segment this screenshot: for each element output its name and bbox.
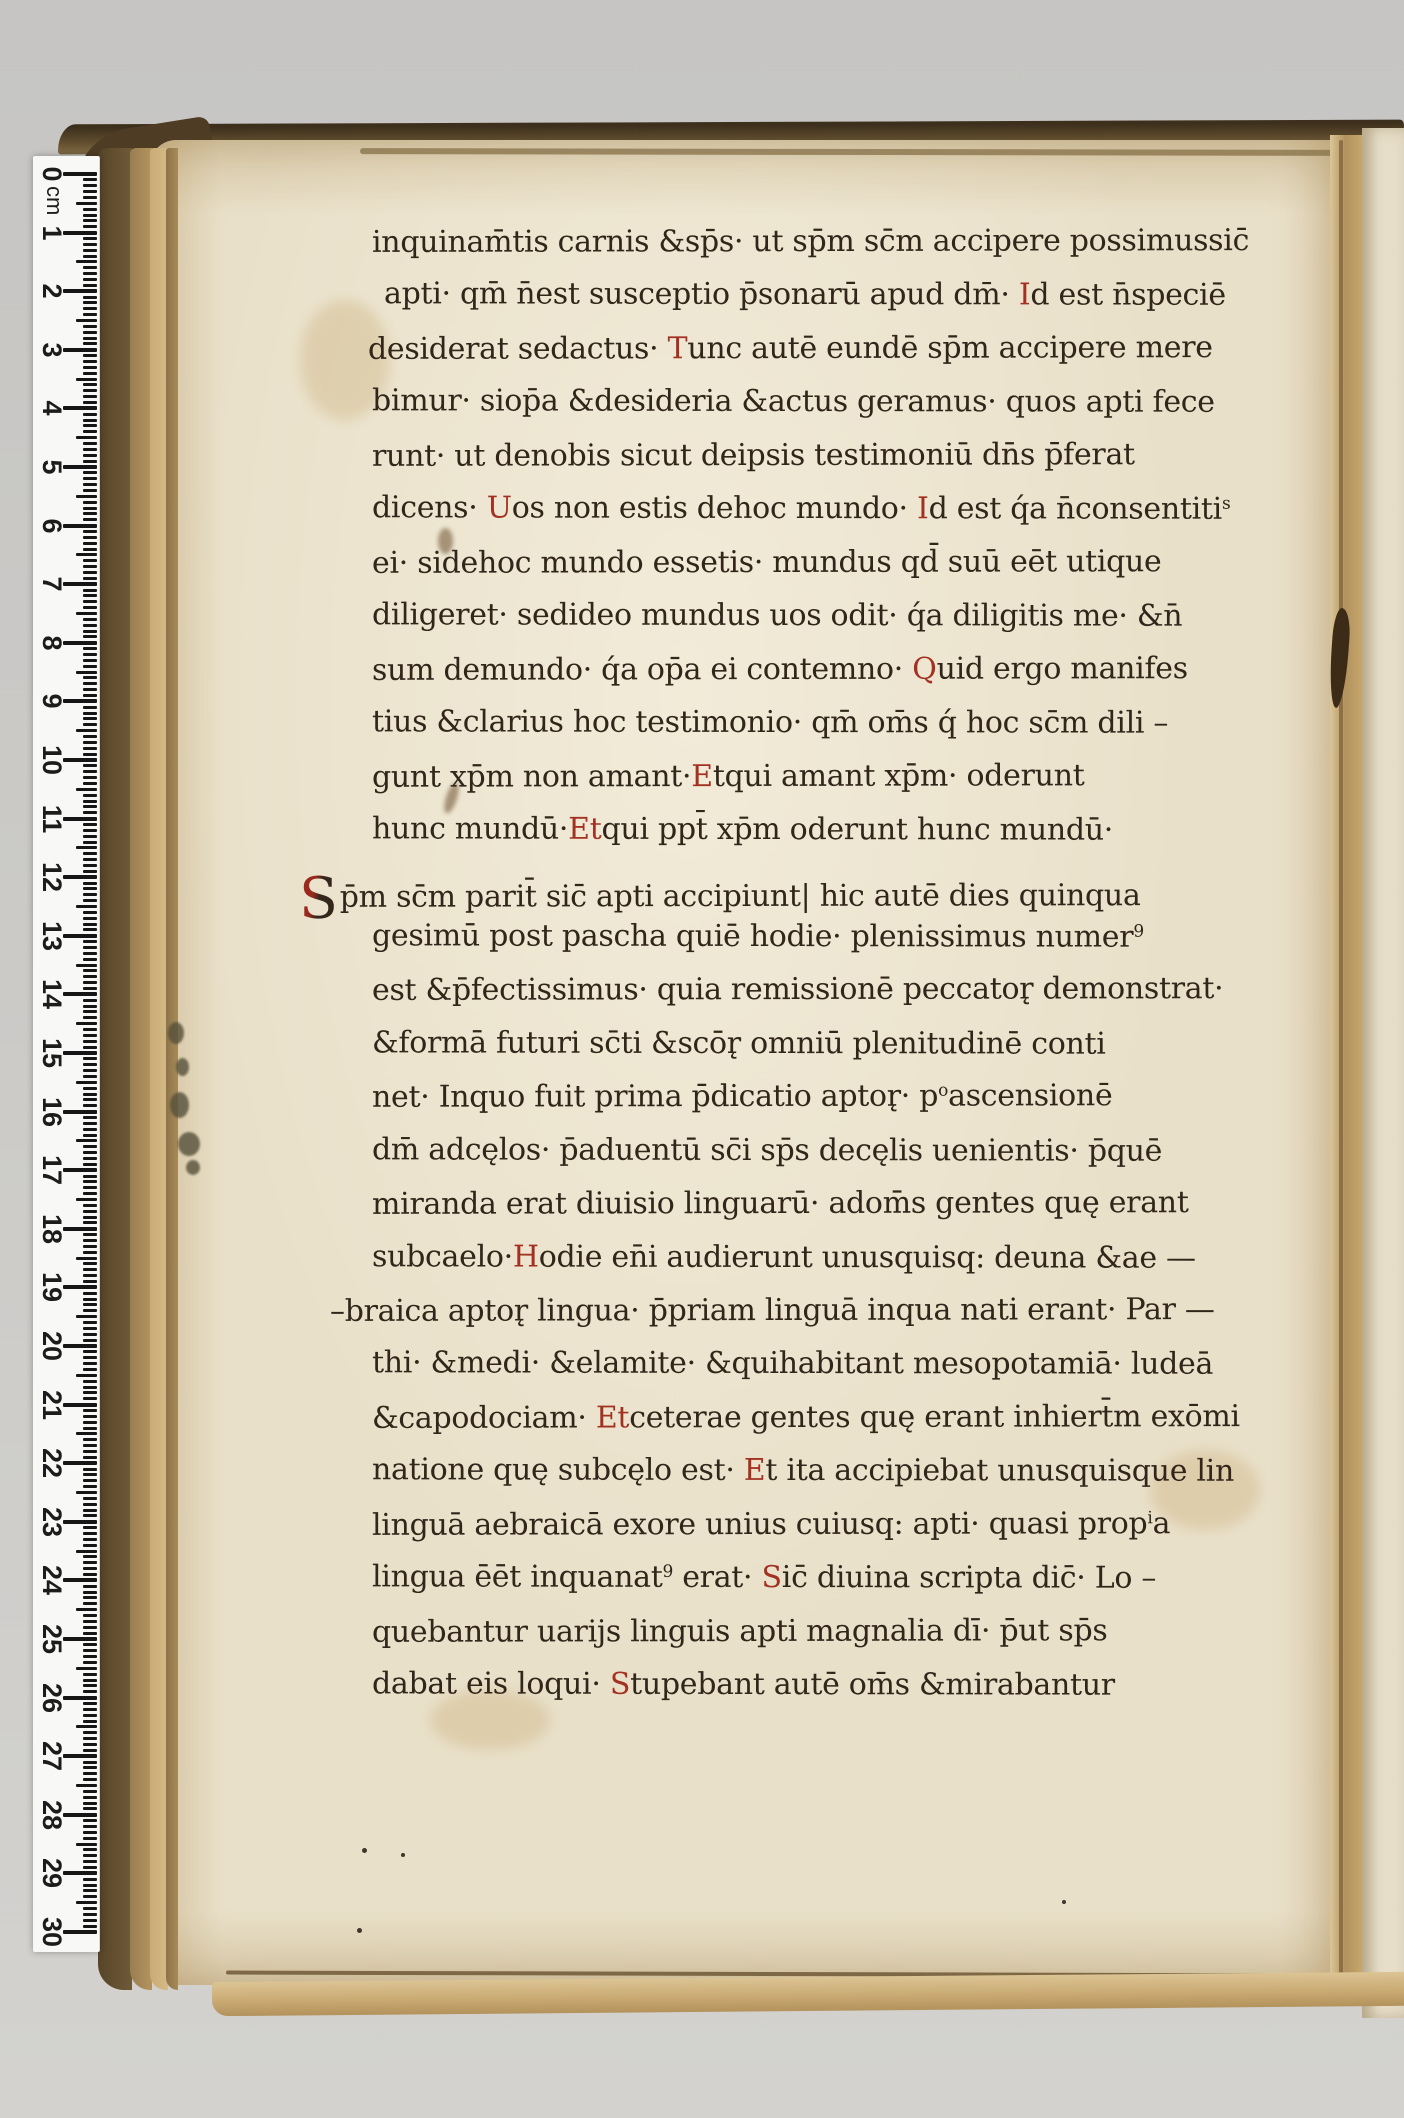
ruler-mm-tick <box>83 1221 97 1224</box>
ruler-mm-tick <box>83 870 97 873</box>
ruler-mm-tick <box>83 1063 97 1066</box>
ruler-mm-tick <box>83 1731 97 1734</box>
ruler-mm-tick <box>83 577 97 580</box>
ruler-mm-tick <box>83 911 97 914</box>
ruler-number: 22 <box>37 1448 67 1478</box>
ruler-cm-tick <box>63 1637 97 1641</box>
rubric-letter: Et <box>596 1400 629 1435</box>
ruler-mm-tick <box>83 483 97 486</box>
ruler-number: 28 <box>37 1800 67 1830</box>
manuscript-line: bimur· siop̄a &desideria &actus geramus·… <box>372 384 1215 439</box>
line-text: uid ergo manifes <box>937 651 1188 687</box>
ruler-mm-tick <box>83 864 97 867</box>
ruler-mm-tick <box>83 899 97 902</box>
ruler-mm-tick <box>83 424 97 427</box>
ruler-number: 5 <box>37 452 67 482</box>
ruler-number: 20 <box>37 1331 67 1361</box>
ruler-mm-tick <box>76 1667 97 1670</box>
ruler-mm-tick <box>83 1503 97 1506</box>
ruler-mm-tick <box>83 1034 97 1037</box>
ruler-cm-tick <box>63 465 97 469</box>
line-text: est &p̄fectissimus· quia remissionē pecc… <box>372 971 1223 1008</box>
line-text: tius &clarius hoc testimonio· qm̄ om̄s q… <box>372 704 1168 740</box>
ruler-mm-tick <box>83 1116 97 1119</box>
ruler-mm-tick <box>83 917 97 920</box>
ruler-mm-tick <box>83 841 97 844</box>
ruler-mm-tick <box>83 1661 97 1664</box>
ruler-cm-tick <box>63 1285 97 1289</box>
superscript-abbreviation: 9 <box>1133 921 1144 941</box>
ruler-mm-tick <box>83 1866 97 1869</box>
ruler-mm-tick <box>83 1532 97 1535</box>
ruler-mm-tick <box>83 1889 97 1892</box>
ruler-mm-tick <box>83 975 97 978</box>
ruler-mm-tick <box>83 401 97 404</box>
ruler-mm-tick <box>76 1725 97 1728</box>
ruler-mm-tick <box>83 1643 97 1646</box>
ruler-mm-tick <box>83 360 97 363</box>
ruler-mm-tick <box>83 325 97 328</box>
ruler-mm-tick <box>83 1825 97 1828</box>
manuscript-line: natione quę subcęlo est· Et ita accipieb… <box>372 1453 1234 1509</box>
ruler-number: 2 <box>37 276 67 306</box>
ruler-mm-tick <box>83 1415 97 1418</box>
manuscript-line: hunc mundū·Etqui ppt̄ xp̄m oderunt hunc … <box>372 811 1113 866</box>
ruler-mm-tick <box>83 723 97 726</box>
manuscript-line: miranda erat diuisio linguarū· adom̄s ge… <box>372 1185 1189 1241</box>
ruler-mm-tick <box>83 735 97 738</box>
ruler-mm-tick <box>83 266 97 269</box>
ruler-mm-tick <box>83 1895 97 1898</box>
ruler-mm-tick <box>83 1010 97 1013</box>
ruler-mm-tick <box>83 770 97 773</box>
ruler-mm-tick <box>76 846 97 849</box>
ruler-mm-tick <box>83 354 97 357</box>
ruler-mm-tick <box>76 319 97 322</box>
mold-stain <box>176 1058 189 1076</box>
ruler-cm-tick <box>63 699 97 703</box>
ruler-mm-tick <box>83 1251 97 1254</box>
ruler-number: 30 <box>37 1917 67 1947</box>
ruler-mm-tick <box>83 243 97 246</box>
ruler-number: 11 <box>37 804 67 834</box>
ruler-mm-tick <box>76 729 97 732</box>
ruler-mm-tick <box>83 1884 97 1887</box>
ruler-mm-tick <box>83 893 97 896</box>
ruler-mm-tick <box>83 1321 97 1324</box>
line-text: tqui amant xp̄m· oderunt <box>713 758 1085 794</box>
ruler-mm-tick <box>83 1450 97 1453</box>
rubric-letter: S <box>610 1667 630 1702</box>
ruler-mm-tick <box>76 1608 97 1611</box>
superscript-abbreviation: 9 <box>662 1562 673 1582</box>
ruler-mm-tick <box>83 1796 97 1799</box>
line-text: erat· <box>673 1560 762 1595</box>
line-text: unc autē eundē sp̄m accipere mere <box>687 330 1212 366</box>
line-text: ceterae gentes quę erant inhiert̄m exōmi <box>629 1399 1240 1435</box>
line-text: bimur· siop̄a &desideria &actus geramus·… <box>372 384 1215 420</box>
ruler-mm-tick <box>76 436 97 439</box>
ruler-number: 12 <box>37 862 67 892</box>
mold-stain <box>170 1092 189 1118</box>
ruler-mm-tick <box>83 1544 97 1547</box>
ruler-mm-tick <box>83 1268 97 1271</box>
ruler-number: 4 <box>37 393 67 423</box>
ruler-mm-tick <box>83 1514 97 1517</box>
ruler-cm-tick <box>63 1461 97 1465</box>
manuscript-line: est &p̄fectissimus· quia remissionē pecc… <box>372 971 1223 1027</box>
ruler-mm-tick <box>83 190 97 193</box>
ruler-mm-tick <box>83 1714 97 1717</box>
line-text: tupebant autē om̄s &mirabantur <box>630 1667 1115 1703</box>
manuscript-line: tius &clarius hoc testimonio· qm̄ om̄s q… <box>372 704 1168 759</box>
ruler-mm-tick <box>83 366 97 369</box>
manuscript-line: gesimū post pascha quiē hodie· plenissim… <box>372 918 1144 973</box>
ruler-mm-tick <box>83 999 97 1002</box>
superscript-abbreviation: o <box>938 1081 948 1101</box>
ruler-mm-tick <box>83 630 97 633</box>
ruler-mm-tick <box>83 1093 97 1096</box>
ruler-cm-tick <box>63 289 97 293</box>
ruler-mm-tick <box>83 1057 97 1060</box>
ruler-mm-tick <box>83 1186 97 1189</box>
ruler-mm-tick <box>83 712 97 715</box>
ruler-mm-tick <box>83 1679 97 1682</box>
ruler-mm-tick <box>83 337 97 340</box>
ruler-mm-tick <box>83 1673 97 1676</box>
manuscript-line: apti· qm̄ n̄est susceptio p̄sonarū apud … <box>384 277 1226 332</box>
ruler-mm-tick <box>83 1292 97 1295</box>
ruler-mm-tick <box>83 1907 97 1910</box>
ruler-cm-tick <box>63 1344 97 1348</box>
ruler-mm-tick <box>76 1315 97 1318</box>
gutter-seam-line <box>1339 140 1343 1995</box>
ruler-mm-tick <box>76 1198 97 1201</box>
line-text: os non estis dehoc mundo· <box>512 491 917 527</box>
ruler-mm-tick <box>83 694 97 697</box>
ruler-mm-tick <box>83 981 97 984</box>
ruler-cm-tick <box>63 172 97 176</box>
ruler-mm-tick <box>83 923 97 926</box>
ruler-mm-tick <box>83 372 97 375</box>
ruler-mm-tick <box>83 594 97 597</box>
ruler-cm-tick <box>63 348 97 352</box>
line-text: p̄m sc̄m parit̄ sic̄ apti accipiunt| hic… <box>340 879 1141 916</box>
ruler-mm-tick <box>83 208 97 211</box>
cm-ruler: cm 0123456789101112131415161718192021222… <box>33 156 100 1952</box>
ruler-mm-tick <box>83 413 97 416</box>
manuscript-line: net· Inquo fuit prima p̄dicatio aptor̨· … <box>372 1078 1113 1134</box>
ruler-mm-tick <box>83 624 97 627</box>
ruler-mm-tick <box>83 184 97 187</box>
line-text: net· Inquo fuit prima p̄dicatio aptor̨· … <box>372 1079 938 1115</box>
ruler-mm-tick <box>83 571 97 574</box>
ruler-mm-tick <box>83 600 97 603</box>
line-text: ascensionē <box>948 1078 1112 1113</box>
ruler-cm-tick <box>63 817 97 821</box>
ink-fleck <box>401 1853 405 1857</box>
ruler-number: 25 <box>37 1624 67 1654</box>
ruler-mm-tick <box>83 1069 97 1072</box>
line-text: desiderat sedactus· <box>368 331 668 367</box>
ruler-mm-tick <box>83 1380 97 1383</box>
ruler-mm-tick <box>83 1151 97 1154</box>
ruler-mm-tick <box>83 1386 97 1389</box>
ruler-mm-tick <box>83 1567 97 1570</box>
ruler-mm-tick <box>83 249 97 252</box>
ruler-mm-tick <box>83 1262 97 1265</box>
ruler-mm-tick <box>83 1655 97 1658</box>
line-text: d est n̄speciē <box>1030 278 1225 313</box>
ruler-mm-tick <box>83 1620 97 1623</box>
ruler-mm-tick <box>83 1397 97 1400</box>
rubric-letter: S <box>762 1560 782 1595</box>
ruler-mm-tick <box>83 1854 97 1857</box>
ruler-mm-tick <box>83 1128 97 1131</box>
line-text: lingua ēēt inquanat <box>372 1560 663 1596</box>
ruler-mm-tick <box>83 682 97 685</box>
ruler-mm-tick <box>76 1843 97 1846</box>
ruler-mm-tick <box>83 196 97 199</box>
ruler-mm-tick <box>83 1350 97 1353</box>
ruler-mm-tick <box>83 1180 97 1183</box>
ruler-mm-tick <box>83 383 97 386</box>
ruler-mm-tick <box>83 1684 97 1687</box>
ruler-mm-tick <box>83 887 97 890</box>
ruler-mm-tick <box>83 1772 97 1775</box>
ruler-mm-tick <box>83 1444 97 1447</box>
rubric-letter: Et <box>568 812 601 847</box>
ruler-mm-tick <box>83 823 97 826</box>
ruler-mm-tick <box>83 741 97 744</box>
ruler-mm-tick <box>83 1280 97 1283</box>
ruler-mm-tick <box>83 1327 97 1330</box>
ruler-mm-tick <box>83 1761 97 1764</box>
ruler-cm-tick <box>63 992 97 996</box>
manuscript-line: –braica aptor̨ lingua· p̄priam linguā in… <box>330 1292 1215 1348</box>
line-text: diligeret· sedideo mundus uos odit· q́a … <box>372 597 1182 633</box>
ruler-mm-tick <box>83 676 97 679</box>
ruler-mm-tick <box>83 219 97 222</box>
ruler-mm-tick <box>83 1596 97 1599</box>
line-text: dabat eis loqui· <box>372 1666 610 1701</box>
line-text: quebantur uarijs linguis apti magnalia d… <box>372 1613 1108 1650</box>
ruler-cm-tick <box>63 582 97 586</box>
ruler-cm-tick <box>63 1051 97 1055</box>
manuscript-line: diligeret· sedideo mundus uos odit· q́a … <box>372 597 1182 652</box>
ruler-mm-tick <box>83 1192 97 1195</box>
ruler-mm-tick <box>83 419 97 422</box>
ruler-mm-tick <box>83 647 97 650</box>
ruler-mm-tick <box>83 665 97 668</box>
ruler-number: 6 <box>37 511 67 541</box>
ruler-number: 27 <box>37 1741 67 1771</box>
ruler-mm-tick <box>83 1028 97 1031</box>
ruler-mm-tick <box>83 1145 97 1148</box>
ruler-mm-tick <box>83 1046 97 1049</box>
ruler-number: 23 <box>37 1507 67 1537</box>
line-text: apti· qm̄ n̄est susceptio p̄sonarū apud … <box>384 277 1019 313</box>
ruler-mm-tick <box>83 952 97 955</box>
page-stack-edge-1 <box>130 148 152 1990</box>
mold-stain <box>186 1160 200 1175</box>
ruler-mm-tick <box>83 1005 97 1008</box>
ink-fleck <box>1062 1900 1066 1904</box>
ruler-mm-tick <box>83 1468 97 1471</box>
ruler-mm-tick <box>83 1860 97 1863</box>
ruler-mm-tick <box>83 1602 97 1605</box>
manuscript-line: linguā aebraicā exore unius cuiusq: apti… <box>372 1506 1170 1562</box>
ruler-number: 3 <box>37 335 67 365</box>
ruler-mm-tick <box>83 946 97 949</box>
manuscript-line: subcaelo·Hodie en̄i audierunt unusquisq:… <box>372 1239 1196 1294</box>
ruler-mm-tick <box>83 1204 97 1207</box>
ruler-mm-tick <box>83 1737 97 1740</box>
ink-fleck <box>357 1928 362 1933</box>
manuscript-line: sum demundo· q́a op̄a ei contemno· Quid … <box>372 651 1188 707</box>
ruler-mm-tick <box>83 753 97 756</box>
ruler-mm-tick <box>83 1919 97 1922</box>
ruler-mm-tick <box>83 940 97 943</box>
ruler-mm-tick <box>83 1573 97 1576</box>
ruler-mm-tick <box>83 805 97 808</box>
ruler-mm-tick <box>83 255 97 258</box>
ruler-mm-tick <box>83 1485 97 1488</box>
rubric-letter: I <box>917 491 929 526</box>
line-text: runt· ut denobis sicut deipsis testimoni… <box>372 437 1135 474</box>
ruler-mm-tick <box>83 214 97 217</box>
ruler-mm-tick <box>83 1561 97 1564</box>
ruler-mm-tick <box>76 202 97 205</box>
ruler-cm-tick <box>63 1168 97 1172</box>
ruler-cm-tick <box>63 1578 97 1582</box>
ruler-mm-tick <box>83 858 97 861</box>
ruler-mm-tick <box>76 964 97 967</box>
ruler-mm-tick <box>83 1368 97 1371</box>
ruler-mm-tick <box>76 612 97 615</box>
ruler-mm-tick <box>76 1550 97 1553</box>
ruler-cm-tick <box>63 1871 97 1875</box>
ruler-mm-tick <box>83 618 97 621</box>
line-text: t ita accipiebat unusquisque lin <box>765 1453 1234 1489</box>
ruler-mm-tick <box>83 1362 97 1365</box>
ruler-mm-tick <box>83 1585 97 1588</box>
ruler-number: 13 <box>37 921 67 951</box>
ruler-mm-tick <box>83 442 97 445</box>
ruler-mm-tick <box>83 1239 97 1242</box>
ruler-cm-tick <box>63 1227 97 1231</box>
ruler-mm-tick <box>83 1555 97 1558</box>
ruler-mm-tick <box>83 477 97 480</box>
ruler-mm-tick <box>83 1702 97 1705</box>
ruler-mm-tick <box>83 1163 97 1166</box>
ruler-number: 7 <box>37 569 67 599</box>
manuscript-line: dicens· Uos non estis dehoc mundo· Id es… <box>372 491 1230 546</box>
rubric-letter: U <box>487 491 512 526</box>
ruler-cm-tick <box>63 758 97 762</box>
line-text: thi· &medi· &elamite· &quihabitant mesop… <box>372 1346 1213 1382</box>
ruler-mm-tick <box>83 1819 97 1822</box>
ruler-mm-tick <box>83 800 97 803</box>
line-text: subcaelo· <box>372 1239 513 1274</box>
ruler-mm-tick <box>83 1526 97 1529</box>
ruler-mm-tick <box>76 1491 97 1494</box>
ruler-number: 16 <box>37 1097 67 1127</box>
ruler-number: 15 <box>37 1038 67 1068</box>
line-text: ei· sidehoc mundo essetis· mundus qd̄ su… <box>372 544 1162 581</box>
line-text: &capodociam· <box>372 1400 596 1435</box>
ruler-mm-tick <box>83 1087 97 1090</box>
manuscript-line: lingua ēēt inquanat9 erat· Sic̄ diuina s… <box>372 1560 1156 1615</box>
ruler-mm-tick <box>76 671 97 674</box>
ruler-mm-tick <box>76 1784 97 1787</box>
manuscript-line: dabat eis loqui· Stupebant autē om̄s &mi… <box>372 1666 1115 1721</box>
ruler-number: 1 <box>37 218 67 248</box>
line-text: a <box>1153 1506 1171 1541</box>
ruler-mm-tick <box>83 1438 97 1441</box>
facing-page-sliver <box>1362 128 1404 2018</box>
ruler-mm-tick <box>83 747 97 750</box>
line-text: inquinam̄tis carnis &sp̄s· ut sp̄m sc̄m … <box>372 223 1249 260</box>
ruler-mm-tick <box>83 1591 97 1594</box>
line-text: gesimū post pascha quiē hodie· plenissim… <box>372 918 1133 954</box>
ruler-mm-tick <box>76 1374 97 1377</box>
manuscript-line: Sp̄m sc̄m parit̄ sic̄ apti accipiunt| hi… <box>299 865 1141 921</box>
ruler-mm-tick <box>83 331 97 334</box>
ruler-mm-tick <box>83 489 97 492</box>
ruler-mm-tick <box>83 653 97 656</box>
ruler-mm-tick <box>76 1432 97 1435</box>
ruler-number: 29 <box>37 1858 67 1888</box>
ruler-mm-tick <box>83 1216 97 1219</box>
manuscript-line: ei· sidehoc mundo essetis· mundus qd̄ su… <box>372 544 1162 600</box>
ruler-mm-tick <box>83 565 97 568</box>
ruler-number: 9 <box>37 686 67 716</box>
line-text: gunt xp̄m non amant· <box>372 759 691 795</box>
ruler-mm-tick <box>83 1333 97 1336</box>
ruler-mm-tick <box>83 1848 97 1851</box>
ruler-mm-tick <box>83 536 97 539</box>
ruler-number: 24 <box>37 1565 67 1595</box>
ruler-cm-tick <box>63 1813 97 1817</box>
ruler-mm-tick <box>83 1831 97 1834</box>
ruler-mm-tick <box>83 1303 97 1306</box>
ruler-mm-tick <box>83 1134 97 1137</box>
ruler-mm-tick <box>83 717 97 720</box>
ruler-mm-tick <box>83 307 97 310</box>
ruler-mm-tick <box>83 301 97 304</box>
ruler-number: 10 <box>37 745 67 775</box>
ruler-mm-tick <box>83 706 97 709</box>
ruler-mm-tick <box>76 1257 97 1260</box>
ruler-mm-tick <box>76 495 97 498</box>
ruler-mm-tick <box>83 882 97 885</box>
ruler-mm-tick <box>83 1421 97 1424</box>
manuscript-line: desiderat sedactus· Tunc autē eundē sp̄m… <box>368 330 1213 386</box>
ruler-mm-tick <box>83 454 97 457</box>
ruler-mm-tick <box>83 1708 97 1711</box>
ruler-mm-tick <box>83 237 97 240</box>
ruler-mm-tick <box>83 1309 97 1312</box>
ruler-mm-tick <box>83 829 97 832</box>
ruler-mm-tick <box>83 606 97 609</box>
ruler-mm-tick <box>83 278 97 281</box>
ruler-mm-tick <box>83 1743 97 1746</box>
ruler-mm-tick <box>83 1778 97 1781</box>
gutter-seam <box>1330 135 1364 2003</box>
ruler-mm-tick <box>83 1790 97 1793</box>
ruler-mm-tick <box>76 378 97 381</box>
